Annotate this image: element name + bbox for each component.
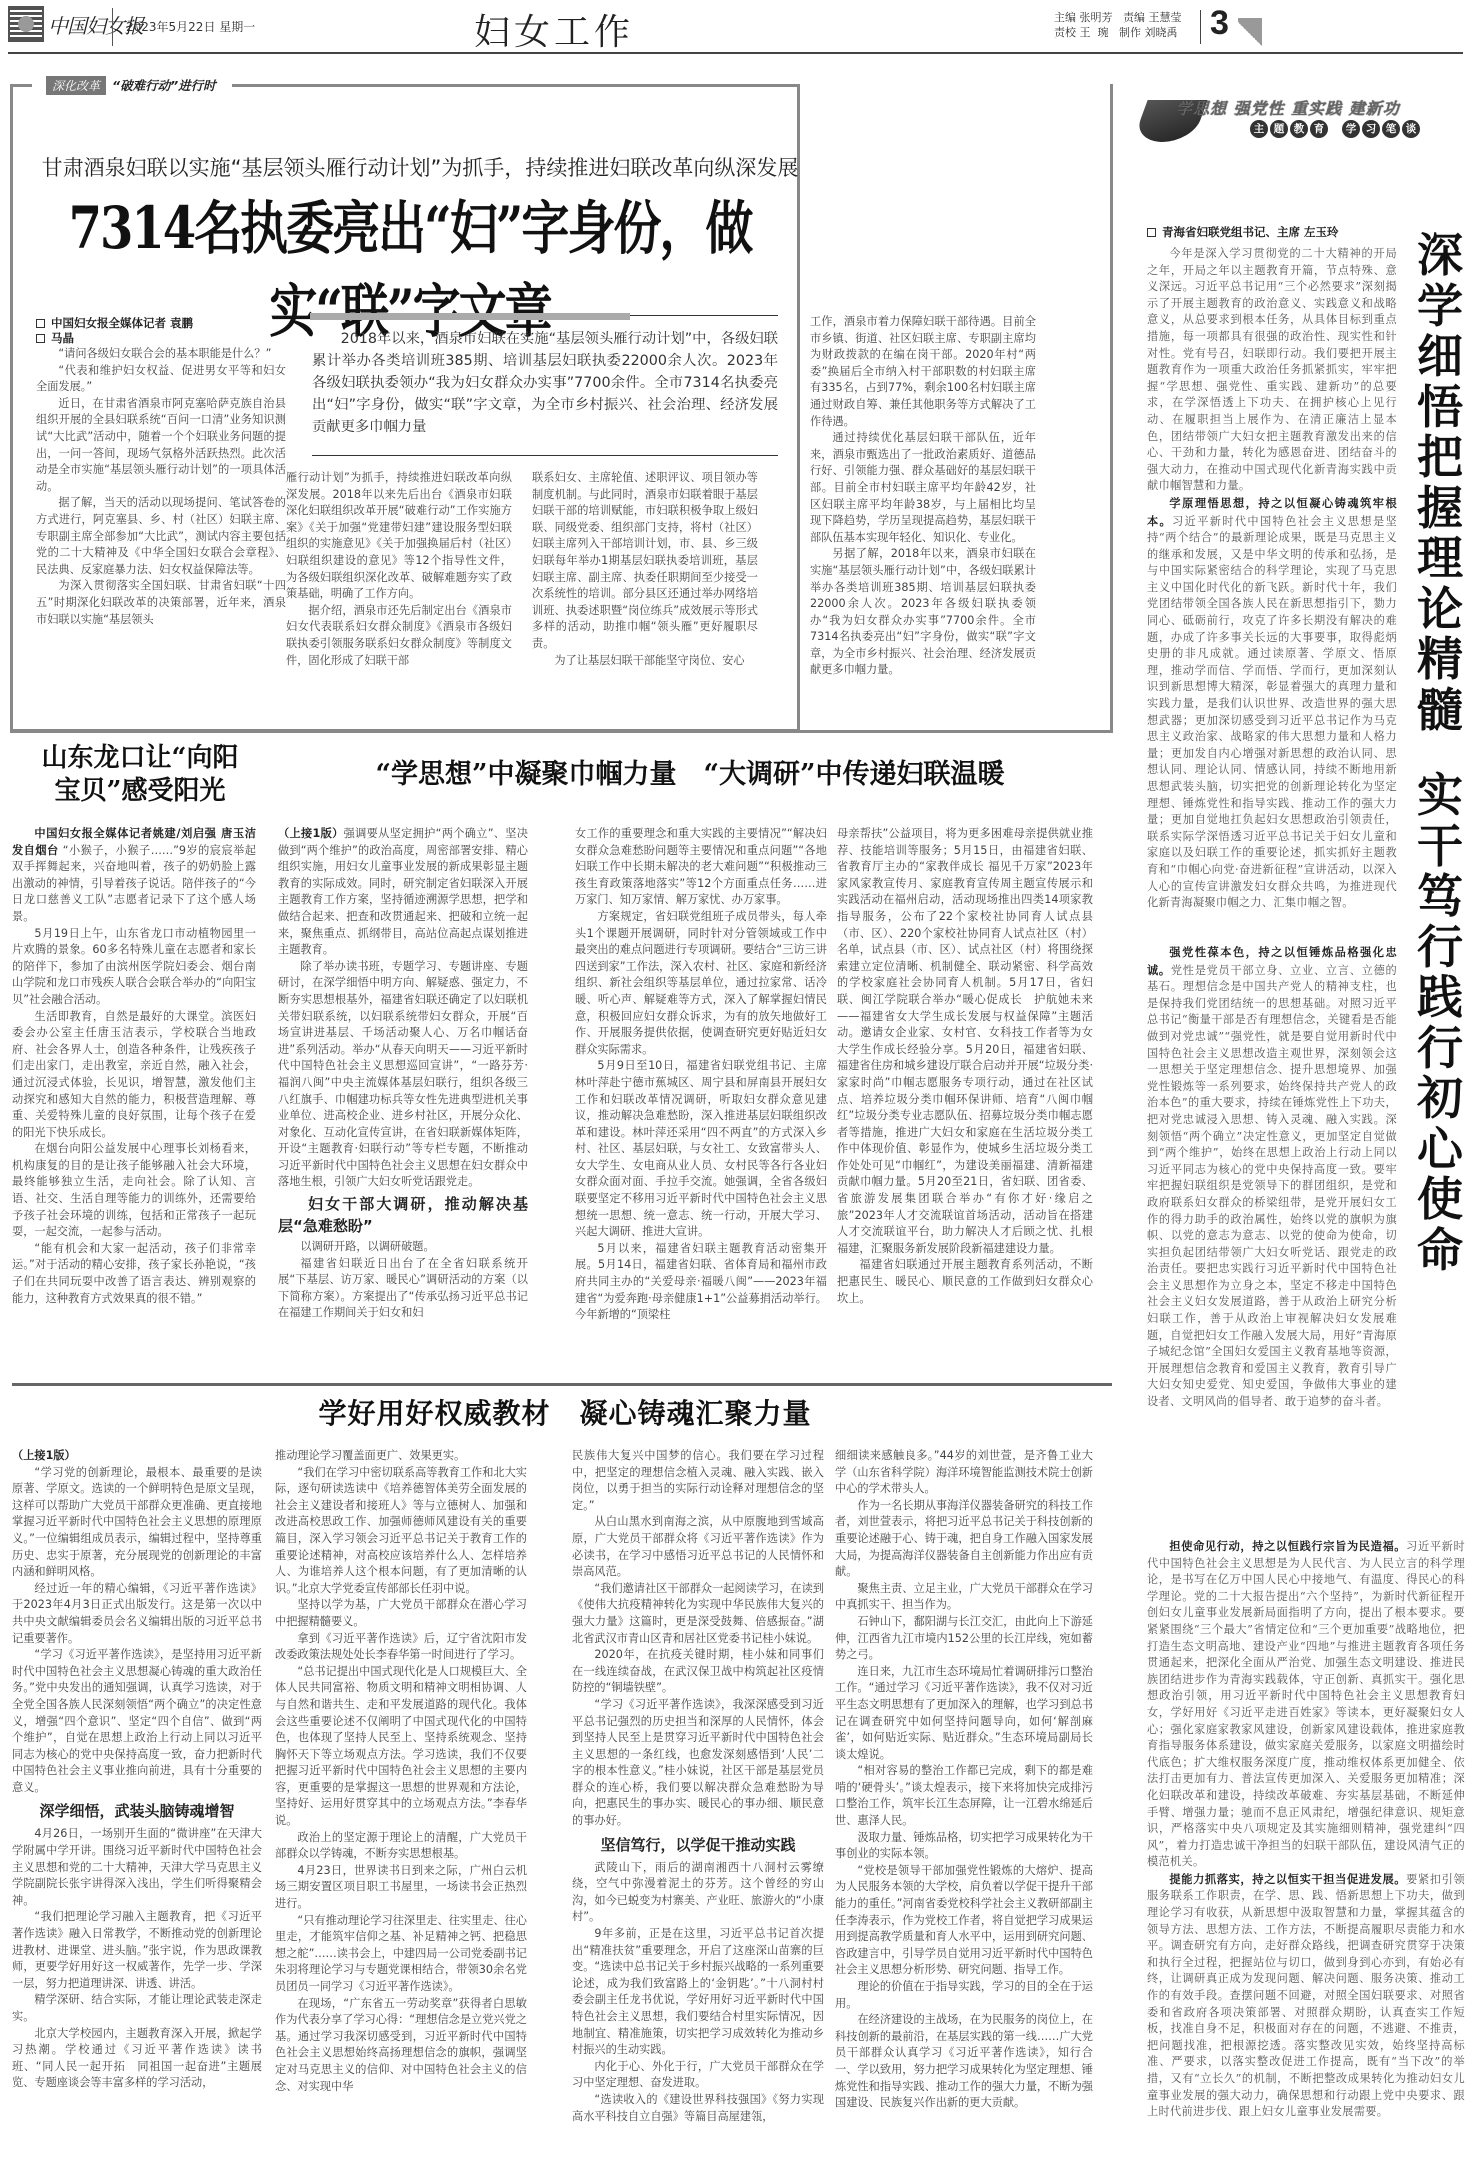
staff-line-1: 主编 张明芳 责编 王慧莹 [1054, 10, 1181, 25]
badge-char: 育 [1310, 120, 1328, 138]
fujian-col-3: 母亲帮扶”公益项目，将为更多困难母亲提供就业推荐、技能培训等服务；5月15日，由… [837, 826, 1093, 1307]
bottom-col-3: 民族伟大复兴中国梦的信心。我们要在学习过程中，把坚定的理想信念植入灵魂、融入实践… [572, 1448, 824, 2125]
section-name: 妇女工作 [474, 4, 634, 55]
byline-reporter-1: 中国妇女报全媒体记者 袁鹏 [51, 316, 193, 330]
paragraph: 通过持续优化基层妇联干部队伍，近年来，酒泉市甄选出了一批政治素质好、道德品行好、… [810, 430, 1036, 546]
vertical-title-2: 实干笃行践行初心使命 [1414, 770, 1466, 1275]
paragraph: 要紧扣引领服务联系工作职责，在学、思、践、悟新思想上下功夫，做到理论学习有收获，… [1147, 1873, 1465, 2118]
paragraph: 5月以来，福建省妇联主题教育活动密集开展。5月14日，福建省妇联、省体育局和福州… [575, 1241, 827, 1324]
banner-title: 学思想 强党性 重实践 建新功 [1176, 96, 1400, 119]
issue-date: 2023年5月22日 星期一 [126, 18, 255, 35]
longkou-headline: 山东龙口让“向阳宝贝”感受阳光 [40, 742, 240, 808]
paragraph: 5月19日上午，山东省龙口市动植物园里一片欢腾的景象。60多名特殊儿童在志愿者和… [12, 926, 256, 1009]
paragraph: 4月26日，一场别开生面的“微讲座”在天津大学附属中学开讲。围绕习近平新时代中国… [12, 1826, 262, 1909]
qr-code-icon [8, 6, 44, 42]
paragraph: “总书记提出中国式现代化是人口规模巨大、全体人民共同富裕、物质文明和精神文明相协… [275, 1664, 527, 1830]
paragraph: “我们在学习中密切联系高等教育工作和北大实际，逐句研读选读中《培养德智体美劳全面… [275, 1465, 527, 1598]
fujian-subhead: 妇女干部大调研，推动解决基层“急难愁盼” [278, 1193, 528, 1237]
badge-char: 学 [1342, 120, 1360, 138]
paragraph: 工作，酒泉市着力保障妇联干部待遇。目前全市乡镇、街道、社区妇联主席、专职副主席均… [810, 314, 1036, 430]
fujian-col-2: 女工作的重要理念和重大实践的主要情况”“解决妇女群众急难愁盼问题等主要情况和重点… [575, 826, 827, 1324]
bottom-headline: 学好用好权威教材 凝心铸魂汇聚力量 [20, 1392, 1110, 1432]
paragraph: 内化于心、外化于行，广大党员干部群众在学习中坚定理想、奋发进取。 [572, 2059, 824, 2092]
bottom-subhead-1: 深学细悟，武装头脑铸魂增智 [12, 1800, 262, 1822]
paragraph: “我们邀请社区干部群众一起阅读学习，在读到《使伟大抗疫精神转化为实现中华民族伟大… [572, 1581, 824, 1647]
paragraph: 另据了解，2018年以来，酒泉市妇联在实施“基层领头雁行动计划”中，各级妇联累计… [810, 546, 1036, 679]
masthead-separator [112, 8, 113, 46]
paragraph: “学习党的创新理论，最根本、最重要的是读原著、学原文。选读的一个鲜明特色是原文呈… [12, 1465, 262, 1581]
top-article-bottom-border [10, 730, 1113, 733]
paragraph-lead: 提能力抓落实，持之以恒实干担当促进发展。 [1169, 1872, 1406, 1886]
article-summary: 2018年以来，酒泉市妇联在实施“基层领头雁行动计划”中，各级妇联累计举办各类培… [312, 328, 778, 438]
badge-char: 谈 [1402, 120, 1420, 138]
bottom-col-4: 细细读来感触良多。”44岁的刘世萱，是齐鲁工业大学（山东省科学院）海洋环境智能监… [835, 1448, 1093, 2112]
column-kicker: 深化改革 “破难行动”进行时 [42, 76, 220, 94]
top-article-col-3: 联系妇女、主席轮值、述职评议、项目领办等制度机制。与此同时，酒泉市妇联着眼于基层… [532, 470, 758, 669]
paragraph: “党校是领导干部加强党性锻炼的大熔炉、提高为人民服务本领的大学校，肩负着以学促干… [835, 1863, 1093, 1979]
paragraph: 据了解，当天的活动以现场提问、笔试答卷的方式进行，阿克塞县、乡、村（社区）妇联主… [36, 495, 286, 578]
banner-badges: 主题教育 学习笔谈 [1250, 120, 1420, 138]
paragraph: “学习《习近平著作选读》，我深深感受到习近平总书记强烈的历史担当和深厚的人民情怀… [572, 1697, 824, 1830]
paragraph: 母亲帮扶”公益项目，将为更多困难母亲提供就业推荐、技能培训等服务；5月15日，由… [837, 826, 1093, 1257]
commentary-body-top: 今年是深入学习贯彻党的二十大精神的开局之年，开局之年以主题教育开篇，节点特殊、意… [1147, 246, 1397, 912]
top-article-col-2: 雁行动计划”为抓手，持续推进妇联改革向纵深发展。2018年以来先后出台《酒泉市妇… [286, 470, 512, 669]
commentary-byline: 青海省妇联党组书记、主席 左玉玲 [1147, 224, 1339, 240]
masthead-rule [8, 52, 1463, 54]
kicker-tag: 深化改革 [46, 76, 106, 95]
paragraph: “我们把理论学习融入主题教育，把《习近平著作选读》融入日常教学，不断推动党的创新… [12, 1909, 262, 1992]
byline-box-icon [36, 319, 45, 328]
paragraph: 除了举办读书班，专题学习、专题讲座、专题研讨，在深学细悟中明方向、解疑惑、强定力… [278, 959, 528, 1191]
continued-marker: （上接1版） [278, 827, 344, 840]
top-article-col-4: 工作，酒泉市着力保障妇联干部待遇。目前全市乡镇、街道、社区妇联主席、专职副主席均… [810, 314, 1036, 679]
summary-text: 2018年以来，酒泉市妇联在实施“基层领头雁行动计划”中，各级妇联累计举办各类培… [312, 328, 778, 438]
vertical-title-1: 深学细悟把握理论精髓 [1414, 230, 1466, 735]
frame-top-right [232, 84, 800, 87]
page-number: 3 [1210, 4, 1229, 43]
bottom-subhead-2: 坚信笃行，以学促干推动实践 [572, 1834, 824, 1856]
paragraph: 经过近一年的精心编辑，《习近平著作选读》于2023年4月3日正式出版发行。这是第… [12, 1581, 262, 1647]
fujian-col-1: （上接1版）强调要从坚定拥护“两个确立”、坚决做到“两个维护”的政治高度，周密部… [278, 826, 528, 1322]
paragraph: 细细读来感触良多。”44岁的刘世萱，是齐鲁工业大学（山东省科学院）海洋环境智能监… [835, 1448, 1093, 1498]
article-subhead: 甘肃酒泉妇联以实施“基层领头雁行动计划”为抓手，持续推进妇联改革向纵深发展 [40, 152, 800, 182]
editorial-staff: 主编 张明芳 责编 王慧莹 责校 王 琬 制作 刘晓禹 [1054, 10, 1181, 40]
badge-group-study-notes: 学习笔谈 [1342, 120, 1420, 138]
paragraph: 据介绍，酒泉市还先后制定出台《酒泉市妇女代表联系妇女群众制度》《酒泉市各级妇联执… [286, 603, 512, 669]
paragraph: 民族伟大复兴中国梦的信心。我们要在学习过程中，把坚定的理想信念植入灵魂、融入实践… [572, 1448, 824, 1514]
paragraph: 9年多前，正是在这里，习近平总书记首次提出“精准扶贫”重要理念，开启了这座深山苗… [572, 1926, 824, 2059]
byline-author: 青海省妇联党组书记、主席 左玉玲 [1162, 225, 1339, 239]
paragraph: 雁行动计划”为抓手，持续推进妇联改革向纵深发展。2018年以来先后出台《酒泉市妇… [286, 470, 512, 603]
paragraph: 为深入贯彻落实全国妇联、甘肃省妇联“十四五”时期深化妇联改革的决策部署，近年来，… [36, 578, 286, 628]
paragraph: 连日来，九江市生态环境局忙着调研排污口整治工作。“通过学习《习近平著作选读》，我… [835, 1664, 1093, 1764]
paragraph: 习近平新时代中国特色社会主义思想是坚持“两个结合”的最新理论成果，既是马克思主义… [1147, 515, 1397, 910]
staff-line-2: 责校 王 琬 制作 刘晓禹 [1054, 25, 1181, 40]
paragraph: “能有机会和大家一起活动，孩子们非常幸运。”对于活动的精心安排，孩子家长孙艳说，… [12, 1241, 256, 1307]
paragraph: 北京大学校园内，主题教育深入开展，掀起学习热潮。学校通过《习近平著作选读》读书班… [12, 2026, 262, 2092]
paragraph: 联系妇女、主席轮值、述职评议、项目领办等制度机制。与此同时，酒泉市妇联着眼于基层… [532, 470, 758, 653]
bottom-col-1: （上接1版） “学习党的创新理论，最根本、最重要的是读原著、学原文。选读的一个鲜… [12, 1448, 262, 2092]
paragraph: “只有推动理论学习往深里走、往实里走、往心里走，才能筑牢信仰之基、补足精神之钙、… [275, 1913, 527, 1996]
summary-bottom-rule [312, 455, 778, 456]
paragraph: “相对容易的整治工作都已完成，剩下的都是难啃的‘硬骨头’。”谈太煌表示，接下来将… [835, 1763, 1093, 1829]
paragraph: 精学深研、结合实际，才能让理论武装走深走实。 [12, 1992, 262, 2025]
paragraph: 强调要从坚定拥护“两个确立”、坚决做到“两个维护”的政治高度，周密部署安排、精心… [278, 827, 528, 956]
paragraph: 党性是党员干部立身、立业、立言、立德的基石。理想信念是中国共产党人的精神支柱，也… [1147, 964, 1397, 1408]
commentary-body-bottom: 担使命见行动，持之以恒践行宗旨为民造福。习近平新时代中国特色社会主义思想是为人民… [1147, 1538, 1465, 2121]
fujian-headline: “学思想”中凝聚巾帼力量 “大调研”中传递妇联温暖 [270, 752, 1110, 791]
badge-char: 笔 [1382, 120, 1400, 138]
paragraph: 4月23日，世界读书日到来之际，广州白云机场三期安置区项目职工书屋里，一场读书会… [275, 1863, 527, 1913]
badge-char: 习 [1362, 120, 1380, 138]
byline-box-icon [1147, 228, 1156, 237]
frame-top-left [10, 84, 32, 87]
kicker-text: “破难行动”进行时 [112, 76, 216, 94]
paragraph: 方案规定，省妇联党组班子成员带头，每人牵头1个课题开展调研，同时针对分管领域或工… [575, 909, 827, 1058]
paragraph: 推动理论学习覆盖面更广、效果更实。 [275, 1448, 527, 1465]
paragraph: 在经济建设的主战场，在为民服务的岗位上，在科技创新的最前沿，在基层实践的第一线…… [835, 2012, 1093, 2112]
paragraph: 近日，在甘肃省酒泉市阿克塞哈萨克族自治县组织开展的全县妇联系统“百问一口清”业务… [36, 396, 286, 496]
paragraph: 拿到《习近平著作选读》后，辽宁省沈阳市发改委政策法规处处长李春华第一时间进行了学… [275, 1631, 527, 1664]
paragraph: 聚焦主责、立足主业，广大党员干部群众在学习中真抓实干、担当作为。 [835, 1581, 1093, 1614]
paragraph: 习近平新时代中国特色社会主义思想是为人民代言、为人民立言的科学理论，是书写在亿万… [1147, 1540, 1465, 1868]
theme-education-banner: 学思想 强党性 重实践 建新功 主题教育 学习笔谈 [1140, 96, 1450, 144]
byline-reporter-2: 马晶 [51, 331, 74, 345]
paragraph: 今年是深入学习贯彻党的二十大精神的开局之年，开局之年以主题教育开篇，节点特殊、意… [1147, 246, 1397, 495]
badge-group-theme-education: 主题教育 [1250, 120, 1328, 138]
paragraph: 2020年，在抗疫关键时期，桂小妹和同事们在一线连续奋战，在武汉保卫战中构筑起社… [572, 1647, 824, 1697]
badge-char: 题 [1270, 120, 1288, 138]
paragraph: 福建省妇联近日出台了在全省妇联系统开展“下基层、访万家、暖民心”调研活动的方案（… [278, 1256, 528, 1322]
section-divider [12, 1383, 1112, 1386]
paragraph: 福建省妇联通过开展主题教育系列活动，不断把惠民生、暖民心、顺民意的工作做到妇女群… [837, 1257, 1093, 1307]
paragraph: “学习《习近平著作选读》，是坚持用习近平新时代中国特色社会主义思想凝心铸魂的重大… [12, 1647, 262, 1796]
paragraph: 从白山黑水到南海之滨，从中原腹地到雪域高原，广大党员干部群众将《习近平著作选读》… [572, 1514, 824, 1580]
paragraph: 石钟山下，鄱阳湖与长江交汇，由此向上下游延伸，江西省九江市境内152公里的长江岸… [835, 1614, 1093, 1664]
summary-rule [630, 315, 778, 316]
paragraph: 理论的价值在于指导实践，学习的目的全在于运用。 [835, 1979, 1093, 2012]
longkou-body: 中国妇女报全媒体记者姚建/刘启强 唐玉洁 发自烟台 “小猴子，小猴子……”9岁的… [12, 826, 256, 1307]
paragraph: 在烟台向阳公益发展中心理事长刘杨看来，机构康复的目的是让孩子能够融入社会大环境，… [12, 1141, 256, 1241]
byline-box-icon [36, 334, 45, 343]
bottom-col-2: 推动理论学习覆盖面更广、效果更实。 “我们在学习中密切联系高等教育工作和北大实际… [275, 1448, 527, 2095]
paragraph: “请问各级妇女联合会的基本职能是什么？” [36, 346, 286, 363]
commentary-body-mid: 强党性葆本色，持之以恒锤炼品格强化忠诚。党性是党员干部立身、立业、立言、立德的基… [1147, 944, 1397, 1411]
paragraph: “代表和维护妇女权益、促进男女平等和妇女全面发展。” [36, 363, 286, 396]
paragraph: 汲取力量、锤炼品格，切实把学习成果转化为干事创业的实际本领。 [835, 1830, 1093, 1863]
top-article-right-border [1110, 84, 1113, 732]
continued-marker: （上接1版） [12, 1449, 76, 1462]
page-corner-icon [1238, 18, 1262, 50]
paragraph: “选读收入的《建设世界科技强国》《努力实现高水平科技自立自强》等篇目高屋建瓴， [572, 2092, 824, 2125]
top-article-col-1: “请问各级妇女联合会的基本职能是什么？” “代表和维护妇女权益、促进男女平等和妇… [36, 346, 286, 628]
paragraph: 为了让基层妇联干部能坚守岗位、安心 [532, 653, 758, 670]
paragraph: 武陵山下，雨后的湖南湘西十八洞村云雾缭绕，空气中弥漫着泥土的芬芳。这个曾经的穷山… [572, 1860, 824, 1926]
page-number-separator [1200, 10, 1201, 44]
byline: 中国妇女报全媒体记者 袁鹏 马晶 [36, 316, 193, 346]
paragraph: 5月9日至10日，福建省妇联党组书记、主席林叶萍赴宁德市蕉城区、周宁县和屏南县开… [575, 1058, 827, 1241]
paragraph-lead: 担使命见行动，持之以恒践行宗旨为民造福。 [1169, 1539, 1406, 1553]
badge-char: 主 [1250, 120, 1268, 138]
paragraph: 女工作的重要理念和重大实践的主要情况”“解决妇女群众急难愁盼问题等主要情况和重点… [575, 826, 827, 909]
paragraph: 坚持以学为基，广大党员干部群众在潜心学习中把握精髓要义。 [275, 1597, 527, 1630]
paragraph: 以调研开路，以调研破题。 [278, 1239, 528, 1256]
paragraph: 政治上的坚定源于理论上的清醒，广大党员干部群众以学铸魂，不断夯实思想根基。 [275, 1830, 527, 1863]
summary-bar [310, 313, 630, 320]
paragraph: 作为一名长期从事海洋仪器装备研究的科技工作者，刘世萱表示，将把习近平总书记关于科… [835, 1498, 1093, 1581]
paragraph: 在现场，“广东省五一劳动奖章”获得者白思敏作为代表分享了学习心得：“理想信念是立… [275, 1996, 527, 2096]
paragraph: 生活即教育，自然是最好的大课堂。滨医妇委会办公室主任唐玉洁表示，学校联合当地政府… [12, 1009, 256, 1142]
badge-char: 教 [1290, 120, 1308, 138]
